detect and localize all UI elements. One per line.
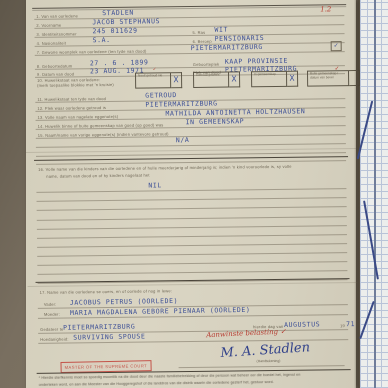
surname-value: STADLEN [102,9,134,18]
signature-caption: (Handtekening) [256,359,280,363]
checkbox-4-label: Buite gemeenskap / datum van bevel [307,70,349,87]
graph-paper-sheet [360,0,388,388]
mother-value: MARIA MAGDALENA GEBORE PIENAAR (OORLEDE) [70,306,251,317]
nationality-value: S.A. [93,36,111,44]
children-q-label: 16. Volle name van die kinders van die o… [38,163,344,172]
residence-value: PIETERMARITZBURG [191,43,263,52]
dated-label: Gedateer te [40,327,63,332]
parents-label: 17. Name van die oorledene se ouers, en … [40,288,172,295]
prev-spouses-value: N/A [176,136,190,144]
mother-label: Moeder: [44,312,60,317]
checkbox-3-label: In gemeenskap [251,71,287,87]
father-value: JACOBUS PETRUS (OORLEDE) [70,297,178,307]
deathdate-label: 9. Datum van dood [37,71,74,76]
checkbox-group-1: Nooit getroud nie X [135,72,182,89]
pen-stroke [357,101,373,160]
id-value: 245 011629 [92,27,137,36]
firstnames-value: JACOB STEPHANUS [92,17,160,26]
dated-year-prefix: 19 [340,323,345,328]
pen-stroke [363,200,379,279]
checkbox-group-3: In gemeenskap X [251,71,298,88]
checkbox-1-label: Nooit getroud nie [135,72,171,88]
form-content: 1.2 1. Van van oorledene STADLEN 2. Voor… [24,0,359,388]
marital-value: GETROUD [145,91,177,100]
residence-label: 7. Gewone woonplek van oorledene (ten ty… [37,49,147,55]
pen-stroke [359,301,375,339]
dated-month: AUGUSTUS [284,320,320,329]
checkbox-2-mark: X [229,71,240,87]
checkbox-1-mark: X [171,72,182,88]
occupation-value: PENSIONARIS [215,34,265,43]
marital-q-label2: (merk toepaslike blokkie met 'n kruisie) [37,82,114,88]
children-value: NIL [148,181,162,189]
community-value: IN GEMEENSKAP [186,117,245,126]
checkbox-group-2: Getroud gewees X [193,71,240,88]
graph-paper-rule [374,0,376,388]
capacity-label: Hoedanigheid: [40,337,68,342]
scanned-death-notice: 1.2 1. Van van oorledene STADLEN 2. Voor… [0,0,388,388]
dated-place: PIETERMARITZBURG [63,323,135,332]
race-value: WIT [214,26,228,34]
capacity-value: SURVIVING SPOUSE [73,332,145,341]
checkbox-3-mark: X [287,71,298,87]
children-q-label2: name, datum van dood en of hy kinders na… [46,173,149,179]
form-sheet: 1.2 1. Van van oorledene STADLEN 2. Voor… [26,0,356,388]
father-label: Vader: [44,302,57,307]
checkbox-group-4: Buite gemeenskap / datum van bevel [307,70,360,87]
checkbox-2-label: Getroud gewees [193,72,229,88]
residence-tick-box: ✓ [331,41,342,51]
marriage-place-value: PIETERMARITZBURG [145,99,217,108]
